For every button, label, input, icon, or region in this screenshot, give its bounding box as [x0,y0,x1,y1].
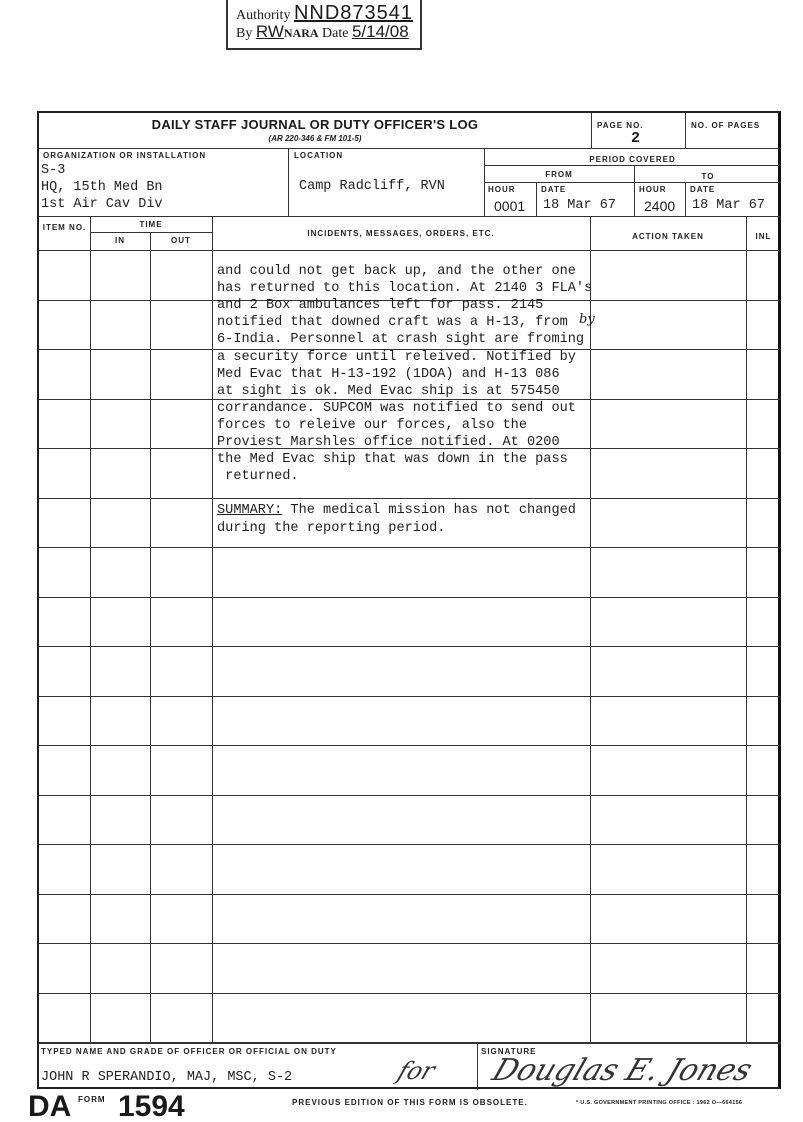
period-to-label: TO [635,172,781,181]
no-of-pages-label: NO. OF PAGES [691,121,760,130]
col-inl: INL [746,232,781,241]
row-divider [39,745,781,746]
form-label: FORM [78,1095,106,1104]
from-hour-value: 0001 [494,198,525,214]
page-no-label: PAGE NO. [597,121,644,130]
form-number: 1594 [118,1090,185,1122]
log-line: a security force until releived. Notifie… [217,349,576,366]
col-incidents: INCIDENTS, MESSAGES, ORDERS, ETC. [212,229,590,238]
row-divider [39,696,781,697]
log-line: corrandance. SUPCOM was notified to send… [217,400,576,417]
log-line: returned. [217,468,299,485]
from-date-label: DATE [541,185,566,194]
page-no-value: 2 [631,130,640,147]
stamp-by-line: By RWNARA Date 5/14/08 [236,22,409,42]
handwritten-insert: by [579,312,595,327]
log-line: and 2 Box ambulances left for pass. 2145 [217,297,543,314]
organization-line-2: HQ, 15th Med Bn [41,180,163,195]
form-regulation-reference: (AR 220-346 & FM 101-5) [39,134,591,143]
col-time-in: IN [90,236,150,245]
row-divider [39,943,781,944]
log-line: Proviest Marshles office notified. At 02… [217,434,560,451]
row-divider [39,547,781,548]
row-divider [39,498,781,499]
period-from-label: FROM [484,170,634,179]
row-divider [39,795,781,796]
period-covered-label: PERIOD COVERED [484,155,781,164]
signature: Douglas E. Jones [488,1053,757,1088]
form-title: DAILY STAFF JOURNAL OR DUTY OFFICER'S LO… [39,117,591,132]
row-divider [39,844,781,845]
col-time-out: OUT [150,236,212,245]
declassification-stamp: Authority NND873541 By RWNARA Date 5/14/… [226,0,422,50]
location-value: Camp Radcliff, RVN [299,179,445,194]
row-divider [39,597,781,598]
location-label: LOCATION [294,151,343,160]
form-prefix: DA [28,1090,71,1122]
edition-note: PREVIOUS EDITION OF THIS FORM IS OBSOLET… [292,1098,528,1107]
stamp-date-value: 5/14/08 [352,22,409,41]
to-hour-label: HOUR [639,185,667,194]
stamp-initials: RW [256,22,284,41]
log-line: 6-India. Personnel at crash sight are fr… [217,331,584,348]
row-divider [39,993,781,994]
from-date-value: 18 Mar 67 [543,198,616,213]
stamp-agency: NARA [284,26,319,40]
to-date-value: 18 Mar 67 [692,198,765,213]
to-hour-value: 2400 [644,198,675,214]
row-divider [39,646,781,647]
log-line: has returned to this location. At 2140 3… [217,280,592,297]
officer-label: TYPED NAME AND GRADE OF OFFICER OR OFFIC… [41,1047,337,1056]
stamp-date-label: Date [322,26,348,41]
for-mark: for [394,1057,439,1085]
row-divider [39,894,781,895]
officer-name: JOHN R SPERANDIO, MAJ, MSC, S-2 [41,1070,292,1085]
col-item-no: ITEM NO. [39,222,90,233]
log-line: SUMMARY: The medical mission has not cha… [217,502,576,519]
log-line: and could not get back up, and the other… [217,263,576,280]
col-time: TIME [90,220,212,229]
log-line: the Med Evac ship that was down in the p… [217,451,568,468]
log-line: forces to releive our forces, also the [217,417,527,434]
to-date-label: DATE [690,185,715,194]
row-divider [39,250,781,251]
log-line: at sight is ok. Med Evac ship is at 5754… [217,383,560,400]
stamp-authority-value: NND873541 [294,2,413,24]
log-line: notified that downed craft was a H-13, f… [217,314,568,331]
stamp-authority-label: Authority [236,8,290,23]
from-hour-label: HOUR [488,185,516,194]
organization-line-3: 1st Air Cav Div [41,197,163,212]
stamp-by-label: By [236,26,252,41]
organization-label: ORGANIZATION OR INSTALLATION [43,151,206,160]
duty-officer-log-form: DAILY STAFF JOURNAL OR DUTY OFFICER'S LO… [37,111,781,1089]
log-line: Med Evac that H-13-192 (1DOA) and H-13 0… [217,366,560,383]
log-line: during the reporting period. [217,520,445,537]
organization-line-1: S-3 [41,163,65,178]
col-action-taken: ACTION TAKEN [590,232,746,241]
printer-note: * U.S. GOVERNMENT PRINTING OFFICE : 1962… [576,1100,742,1106]
